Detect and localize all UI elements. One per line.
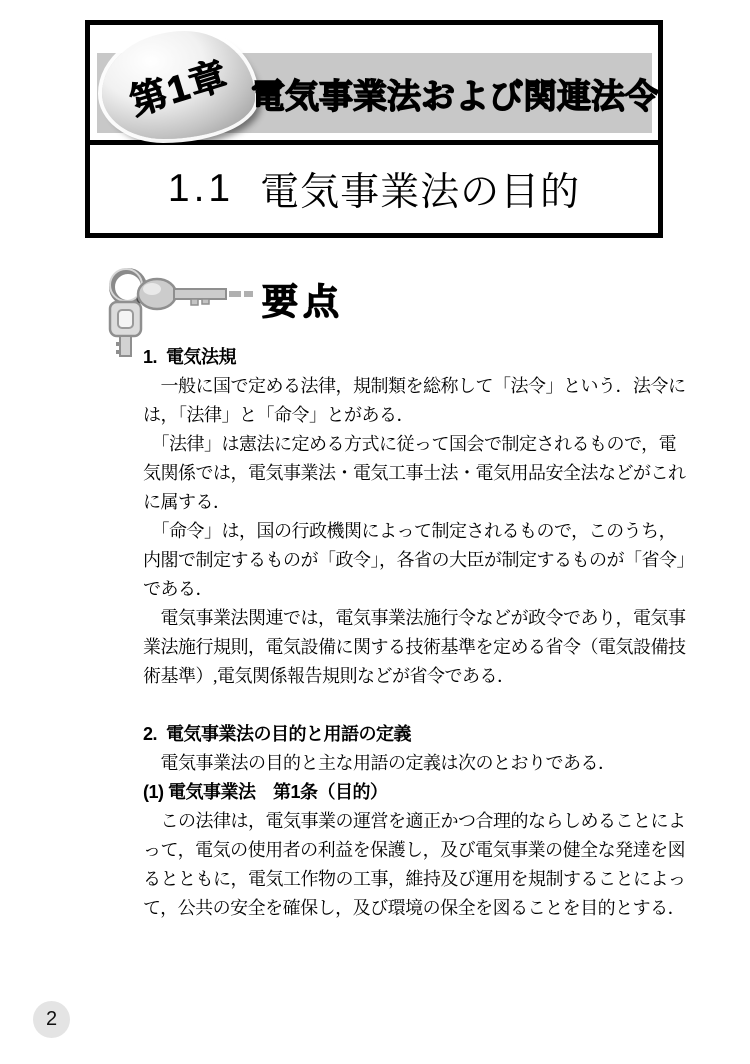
page-number-badge: 2 [33,1001,70,1038]
section-banner: 1.1 電気事業法の目的 [85,145,663,238]
body-line: 「命令」は，国の行政機関によって制定されるもので，このうち， [143,517,668,546]
chapter-title: 電気事業法および関連法令 [262,53,648,133]
chapter-number-blob: 第1章 [102,31,255,139]
body-line: 気関係では，電気事業法・電気工事士法・電気用品安全法などがこれ [143,459,668,488]
section2-subheading: (1) 電気事業法 第1条（目的） [143,778,668,807]
body-line: に属する． [143,488,668,517]
section-number: 1.1 [168,167,234,211]
section-title: 電気事業法の目的 [260,161,580,217]
body-line: は，「法律」と「命令」とがある． [143,401,668,430]
body-line: って，電気の使用者の利益を保護し，及び電気事業の健全な発達を図 [143,836,668,865]
body-line: 内閣で制定するものが「政令」，各省の大臣が制定するものが「省令」 [143,546,668,575]
body-line: て，公共の安全を確保し，及び環境の保全を図ることを目的とする． [143,894,668,923]
body-line: 電気事業法の目的と主な用語の定義は次のとおりである． [143,749,668,778]
page-number: 2 [46,1008,57,1031]
chapter-number-label: 第1章 [123,44,235,125]
body-line: この法律は，電気事業の運営を適正かつ合理的ならしめることによ [143,807,668,836]
section-gap [143,691,668,720]
body-line: である． [143,575,668,604]
body-line: 業法施行規則，電気設備に関する技術基準を定める省令（電気設備技 [143,633,668,662]
body-line: 「法律」は憲法に定める方式に従って国会で制定されるもので，電 [143,430,668,459]
chapter-banner: 第1章 電気事業法および関連法令 [85,20,663,145]
body-line: 電気事業法関連では，電気事業法施行令などが政令であり，電気事 [143,604,668,633]
section1-heading: 1. 電気法規 [143,343,668,372]
keypoints-heading: 要点 [262,274,344,325]
body-text: 1. 電気法規 一般に国で定める法律，規制類を総称して「法令」という．法令に は… [143,343,668,923]
body-line: るとともに，電気工作物の工事，維持及び運用を規制することによっ [143,865,668,894]
body-line: 術基準）,電気関係報告規則などが省令である． [143,662,668,691]
section2-heading: 2. 電気事業法の目的と用語の定義 [143,720,668,749]
body-line: 一般に国で定める法律，規制類を総称して「法令」という．法令に [143,372,668,401]
